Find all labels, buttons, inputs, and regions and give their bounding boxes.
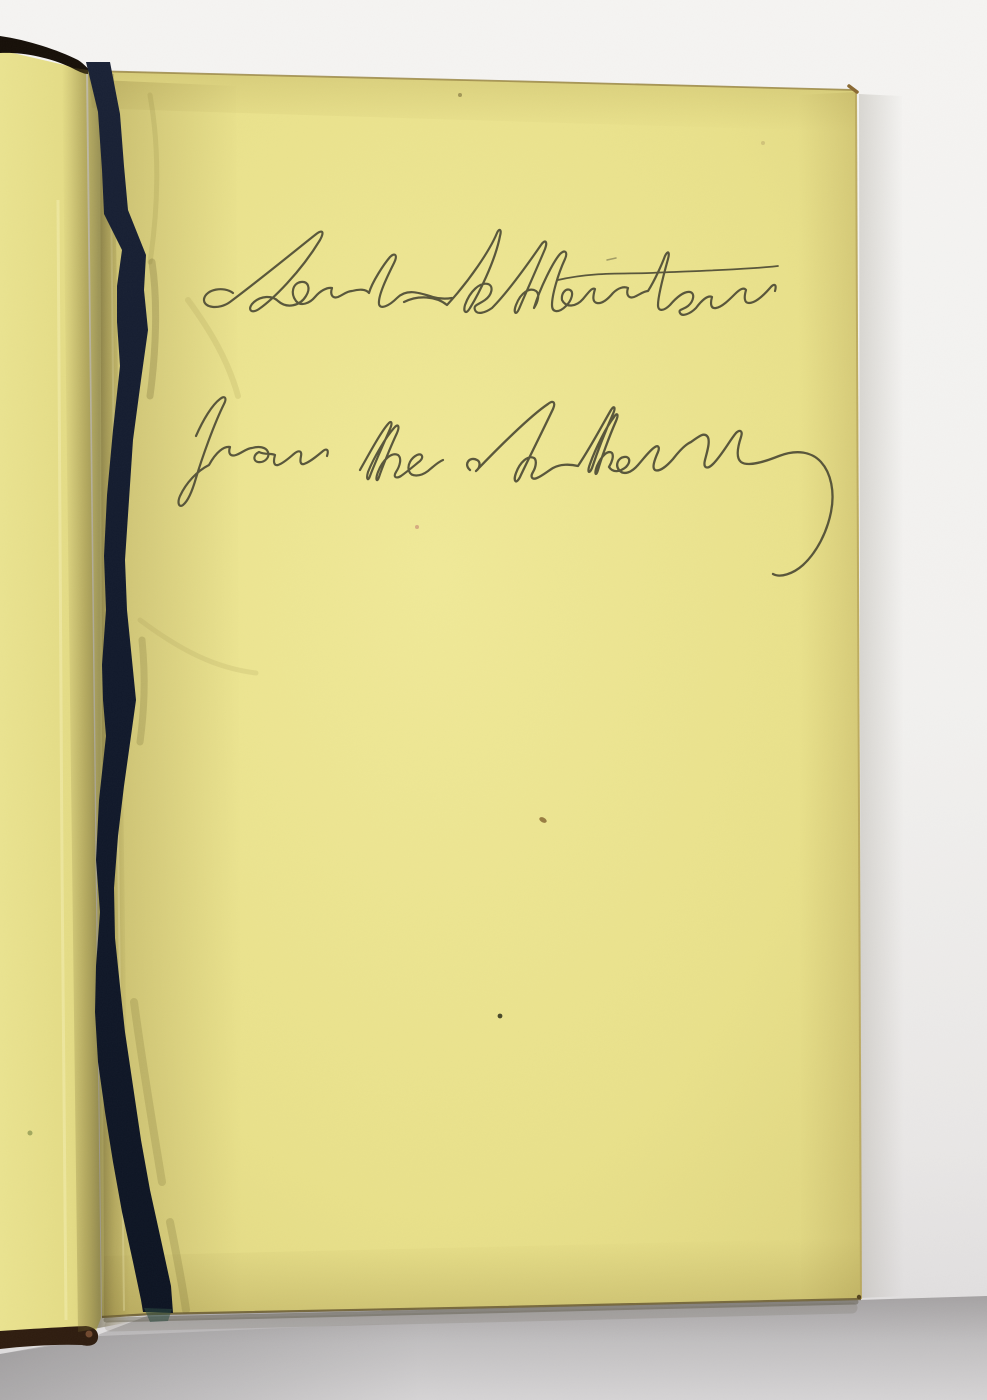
book-photo-rendering: Antique book lying open to a yellow fron…: [0, 0, 987, 1400]
photo-of-inscribed-book: Antique book lying open to a yellow fron…: [0, 0, 987, 1400]
photo-grain-overlay: [0, 0, 987, 1400]
